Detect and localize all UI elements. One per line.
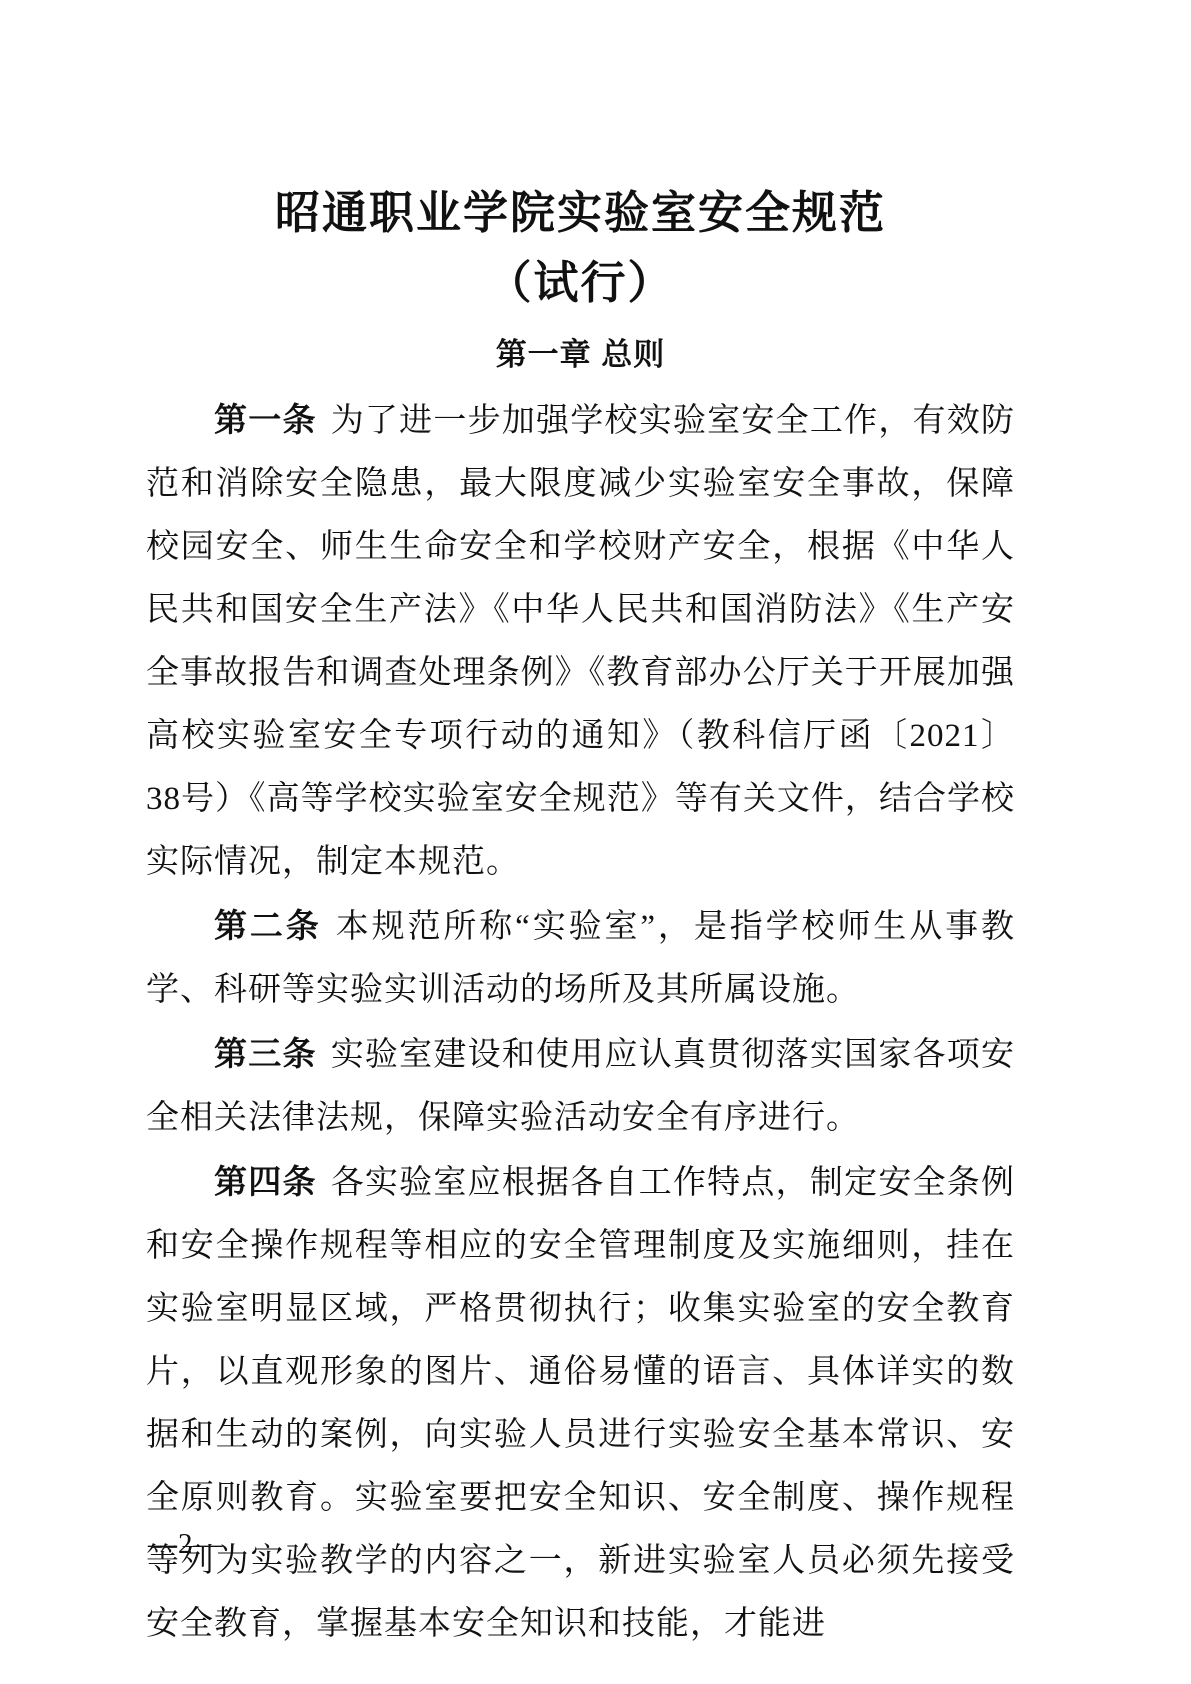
article-2-label: 第二条 [214,907,322,944]
article-3-label: 第三条 [214,1035,317,1072]
article-1-text: 为了进一步加强学校实验室安全工作，有效防范和消除安全隐患，最大限度减少实验室安全… [146,403,1015,880]
article-4-text: 各实验室应根据各自工作特点，制定安全条例和安全操作规程等相应的安全管理制度及实施… [146,1165,1015,1642]
document-subtitle: （试行） [146,258,1015,308]
article-1: 第一条为了进一步加强学校实验室安全工作，有效防范和消除安全隐患，最大限度减少实验… [146,388,1015,894]
article-1-label: 第一条 [214,401,317,438]
chapter-heading: 第一章 总则 [146,338,1015,372]
article-2: 第二条本规范所称“实验室”，是指学校师生从事教学、科研等实验实训活动的场所及其所… [146,894,1015,1022]
article-4: 第四条各实验室应根据各自工作特点，制定安全条例和安全操作规程等相应的安全管理制度… [146,1150,1015,1656]
document-body: 第一条为了进一步加强学校实验室安全工作，有效防范和消除安全隐患，最大限度减少实验… [146,388,1015,1656]
document-title: 昭通职业学院实验室安全规范 [146,188,1015,238]
page-number: —2— [148,1528,224,1561]
document-content: 昭通职业学院实验室安全规范 （试行） 第一章 总则 第一条为了进一步加强学校实验… [0,0,1191,1656]
document-page: 昭通职业学院实验室安全规范 （试行） 第一章 总则 第一条为了进一步加强学校实验… [0,0,1191,1684]
article-4-label: 第四条 [214,1163,317,1200]
article-3: 第三条实验室建设和使用应认真贯彻落实国家各项安全相关法律法规，保障实验活动安全有… [146,1022,1015,1150]
